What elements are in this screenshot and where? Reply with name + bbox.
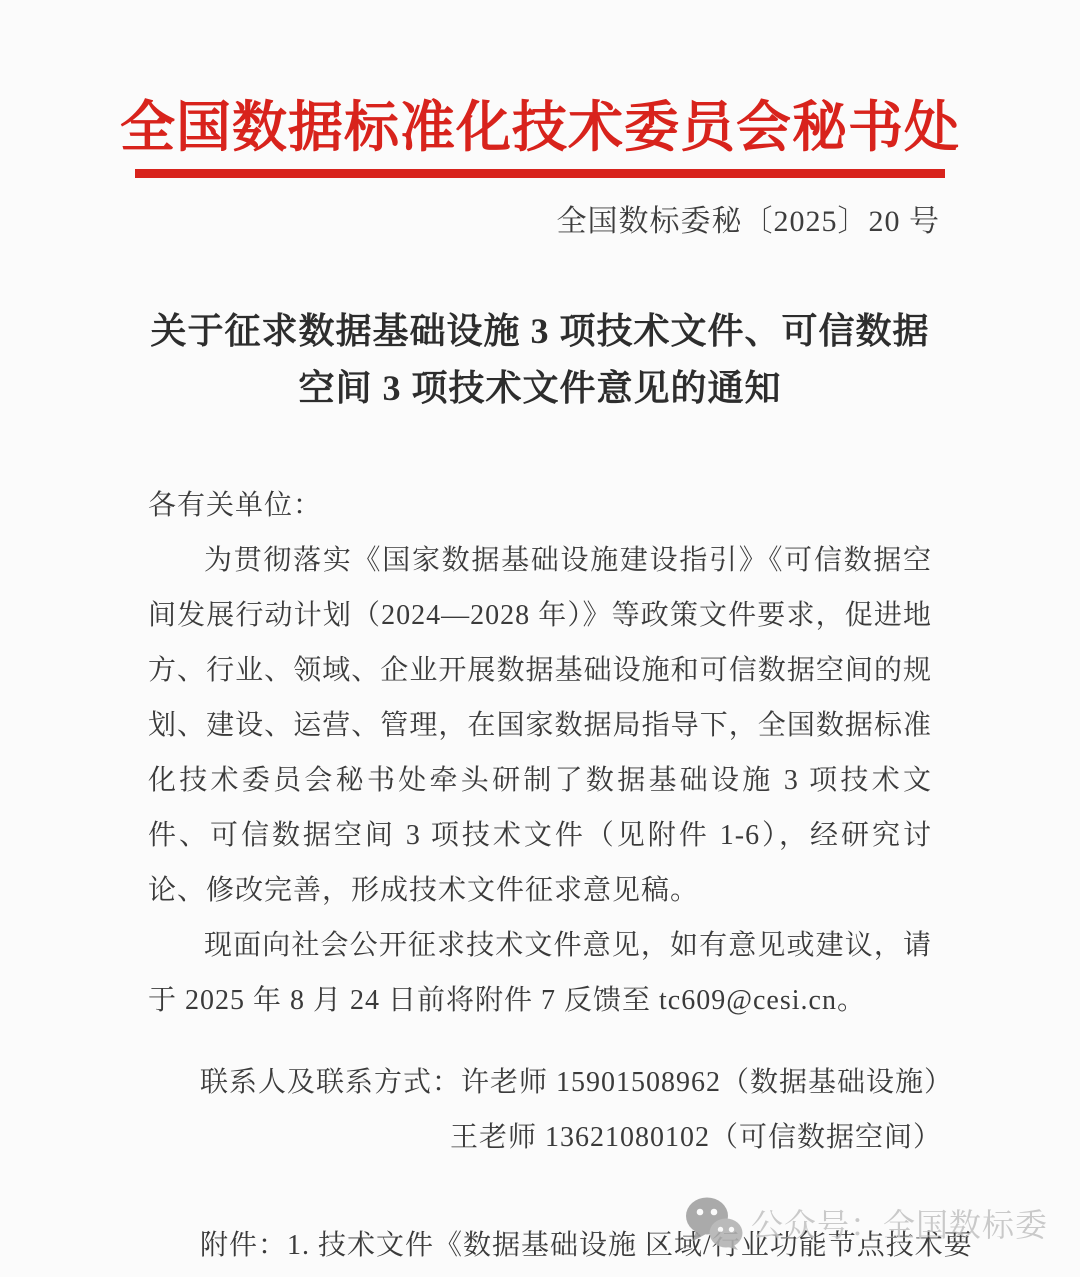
contact-block: 联系人及联系方式：许老师 15901508962（数据基础设施） 王老师 136… xyxy=(148,1055,1008,1165)
salutation: 各有关单位： xyxy=(148,478,932,533)
body-text: 各有关单位： 为贯彻落实《国家数据基础设施建设指引》《可信数据空间发展行动计划（… xyxy=(148,478,932,1028)
contact-line-2: 王老师 13621080102（可信数据空间） xyxy=(148,1110,1008,1165)
contact-line-1: 联系人及联系方式：许老师 15901508962（数据基础设施） xyxy=(148,1055,1008,1110)
paragraph-1: 为贯彻落实《国家数据基础设施建设指引》《可信数据空间发展行动计划（2024—20… xyxy=(148,533,932,918)
notice-title-line1: 关于征求数据基础设施 3 项技术文件、可信数据 xyxy=(0,303,1080,360)
letterhead-title: 全国数据标准化技术委员会秘书处 xyxy=(0,96,1080,160)
red-divider xyxy=(135,169,945,178)
doc-number: 全国数标委秘〔2025〕20 号 xyxy=(557,202,941,242)
paragraph-2: 现面向社会公开征求技术文件意见，如有意见或建议，请于 2025 年 8 月 24… xyxy=(148,918,932,1028)
attachment-line: 附件：1. 技术文件《数据基础设施 区域/行业功能节点技术要 xyxy=(200,1218,973,1273)
notice-title: 关于征求数据基础设施 3 项技术文件、可信数据 空间 3 项技术文件意见的通知 xyxy=(0,303,1080,417)
notice-title-line2: 空间 3 项技术文件意见的通知 xyxy=(0,360,1080,417)
document-page: 全国数据标准化技术委员会秘书处 全国数标委秘〔2025〕20 号 关于征求数据基… xyxy=(0,0,1080,1277)
